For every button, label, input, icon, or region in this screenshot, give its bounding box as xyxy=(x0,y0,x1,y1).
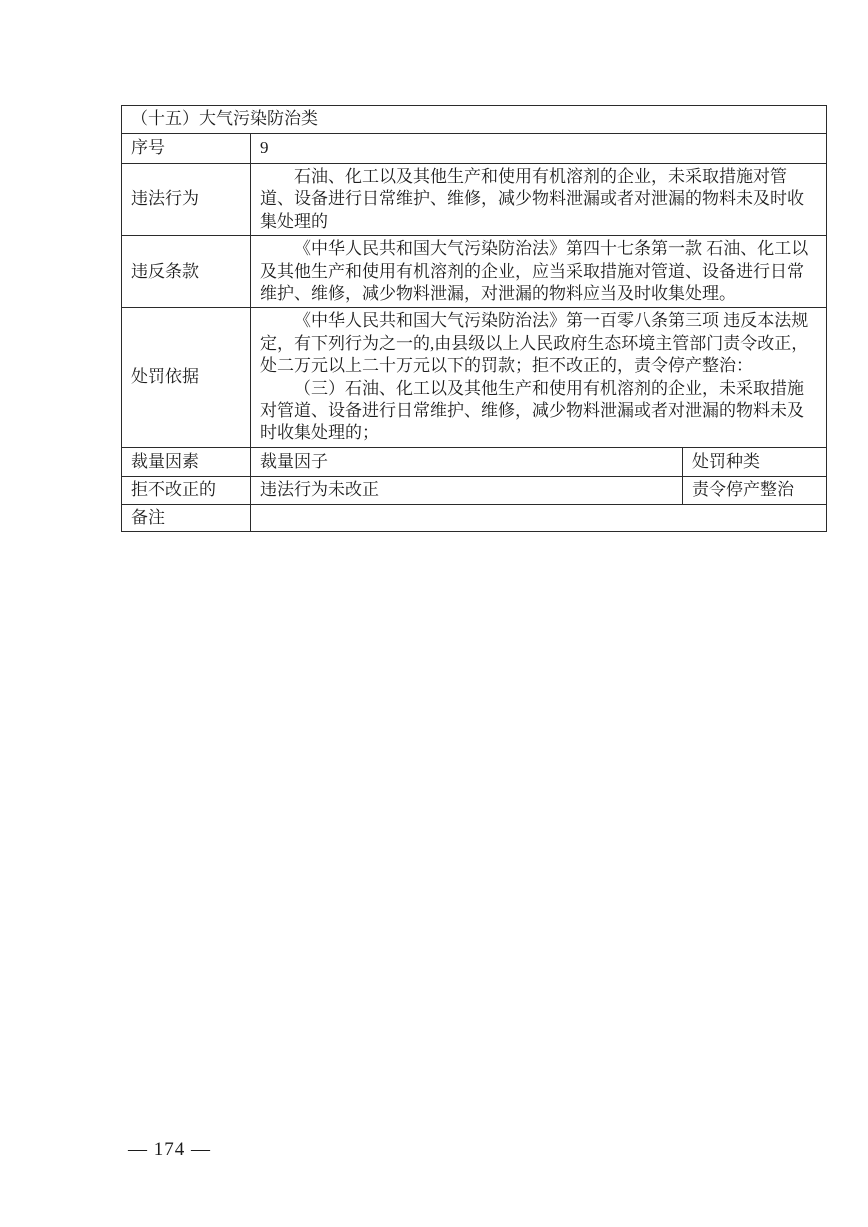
table-row-discretion-header: 裁量因素 裁量因子 处罚种类 xyxy=(122,447,827,476)
penalty-basis-paragraph-1: 《中华人民共和国大气污染防治法》第一百零八条第三项 违反本法规定，有下列行为之一… xyxy=(260,310,819,377)
refusal-factor: 违法行为未改正 xyxy=(251,476,683,504)
penalty-basis-paragraph-2: （三）石油、化工以及其他生产和使用有机溶剂的企业，未采取措施对管道、设备进行日常… xyxy=(260,378,819,445)
document-page: （十五）大气污染防治类 序号 9 违法行为 石油、化工以及其他生产和使用有机溶剂… xyxy=(0,0,868,1227)
table-row-refusal: 拒不改正的 违法行为未改正 责令停产整治 xyxy=(122,476,827,504)
table-row-penalty-basis: 处罚依据 《中华人民共和国大气污染防治法》第一百零八条第三项 违反本法规定，有下… xyxy=(122,308,827,447)
table-row-violation: 违法行为 石油、化工以及其他生产和使用有机溶剂的企业，未采取措施对管道、设备进行… xyxy=(122,164,827,236)
penalty-basis-value: 《中华人民共和国大气污染防治法》第一百零八条第三项 违反本法规定，有下列行为之一… xyxy=(251,308,827,447)
clause-label: 违反条款 xyxy=(122,236,251,308)
violation-value: 石油、化工以及其他生产和使用有机溶剂的企业，未采取措施对管道、设备进行日常维护、… xyxy=(251,164,827,236)
discretion-factor-header: 裁量因子 xyxy=(251,447,683,476)
table-row-remarks: 备注 xyxy=(122,504,827,531)
remarks-value xyxy=(251,504,827,531)
penalty-type-header: 处罚种类 xyxy=(683,447,827,476)
refusal-label: 拒不改正的 xyxy=(122,476,251,504)
table-row-section: （十五）大气污染防治类 xyxy=(122,106,827,134)
violation-label: 违法行为 xyxy=(122,164,251,236)
penalty-table: （十五）大气污染防治类 序号 9 违法行为 石油、化工以及其他生产和使用有机溶剂… xyxy=(121,105,827,532)
table-row-clause: 违反条款 《中华人民共和国大气污染防治法》第四十七条第一款 石油、化工以及其他生… xyxy=(122,236,827,308)
serial-value: 9 xyxy=(251,134,827,164)
clause-value: 《中华人民共和国大气污染防治法》第四十七条第一款 石油、化工以及其他生产和使用有… xyxy=(251,236,827,308)
discretion-label: 裁量因素 xyxy=(122,447,251,476)
penalty-basis-label: 处罚依据 xyxy=(122,308,251,447)
violation-text: 石油、化工以及其他生产和使用有机溶剂的企业，未采取措施对管道、设备进行日常维护、… xyxy=(260,166,819,233)
table-row-serial: 序号 9 xyxy=(122,134,827,164)
refusal-penalty-type: 责令停产整治 xyxy=(683,476,827,504)
section-title: （十五）大气污染防治类 xyxy=(122,106,827,134)
remarks-label: 备注 xyxy=(122,504,251,531)
clause-text: 《中华人民共和国大气污染防治法》第四十七条第一款 石油、化工以及其他生产和使用有… xyxy=(260,238,819,305)
serial-label: 序号 xyxy=(122,134,251,164)
page-number: — 174 — xyxy=(128,1139,211,1161)
